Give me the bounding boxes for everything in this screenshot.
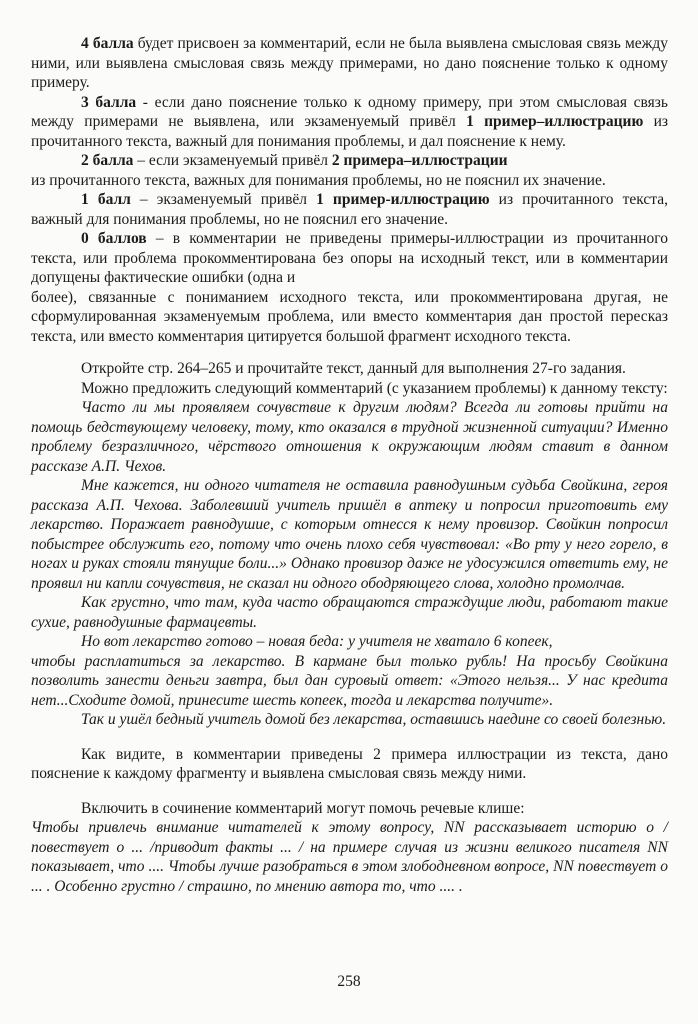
text-segment: Чтобы привлечь внимание читателей к этом… <box>31 819 668 895</box>
text-segment: 1 пример-иллюстрацию <box>316 191 489 208</box>
text-segment: – экзаменуемый привёл <box>131 191 316 208</box>
paragraph-cliche-intro: Включить в сочинение комментарий могут п… <box>31 799 668 819</box>
text-segment: Откройте стр. 264–265 и прочитайте текст… <box>81 360 626 377</box>
paragraph-task-instruction: Откройте стр. 264–265 и прочитайте текст… <box>31 359 668 379</box>
text-segment: Как видите, в комментарии приведены 2 пр… <box>31 746 668 783</box>
paragraph-essay-medicine: Но вот лекарство готово – новая беда: у … <box>31 632 668 710</box>
paragraph-commentary-note: Как видите, в комментарии приведены 2 пр… <box>31 745 668 784</box>
text-segment: Включить в сочинение комментарий могут п… <box>81 800 525 817</box>
text-segment: Как грустно, что там, куда часто обращаю… <box>31 594 668 631</box>
paragraph-score-1: 1 балл – экзаменуемый привёл 1 пример-ил… <box>31 190 668 229</box>
paragraph-score-0: 0 баллов – в комментарии не приведены пр… <box>31 229 668 346</box>
text-segment: 2 примера–иллюстрации <box>332 152 508 169</box>
text-segment: 1 балл <box>81 191 131 208</box>
text-segment: – если экзаменуемый привёл <box>133 152 331 169</box>
paragraph-essay-question: Часто ли мы проявляем сочувствие к други… <box>31 398 668 476</box>
text-segment: Можно предложить следующий комментарий (… <box>81 380 668 397</box>
paragraph-essay-svoykin: Мне кажется, ни одного читателя не остав… <box>31 476 668 593</box>
text-segment: 2 балла <box>81 152 133 169</box>
document-page: 4 балла будет присвоен за комментарий, е… <box>0 0 698 1024</box>
page-text: 4 балла будет присвоен за комментарий, е… <box>31 34 668 896</box>
text-segment: Но вот лекарство готово – новая беда: у … <box>81 633 552 650</box>
text-segment: чтобы расплатиться за лекарство. В карма… <box>31 653 668 709</box>
text-segment: 4 балла <box>81 35 134 52</box>
text-segment: Так и ушёл бедный учитель домой без лека… <box>81 711 666 728</box>
text-segment: 1 пример–иллюстрацию <box>466 113 643 130</box>
text-segment: более), связанные с пониманием исходного… <box>31 289 668 345</box>
text-segment: 0 баллов <box>81 230 147 247</box>
paragraph-score-4: 4 балла будет присвоен за комментарий, е… <box>31 34 668 93</box>
paragraph-cliche-text: Чтобы привлечь внимание читателей к этом… <box>31 818 668 896</box>
page-number: 258 <box>0 972 698 992</box>
text-segment: 3 балла <box>81 94 136 111</box>
paragraph-score-2: 2 балла – если экзаменуемый привёл 2 при… <box>31 151 668 190</box>
text-segment: Часто ли мы проявляем сочувствие к други… <box>31 399 668 475</box>
paragraph-comment-intro: Можно предложить следующий комментарий (… <box>31 379 668 399</box>
paragraph-essay-sad: Как грустно, что там, куда часто обращаю… <box>31 593 668 632</box>
text-segment: из прочитанного текста, важных для поним… <box>31 172 606 189</box>
paragraph-score-3: 3 балла - если дано пояснение только к о… <box>31 93 668 152</box>
paragraph-essay-ending: Так и ушёл бедный учитель домой без лека… <box>31 710 668 730</box>
text-segment: Мне кажется, ни одного читателя не остав… <box>31 477 668 592</box>
